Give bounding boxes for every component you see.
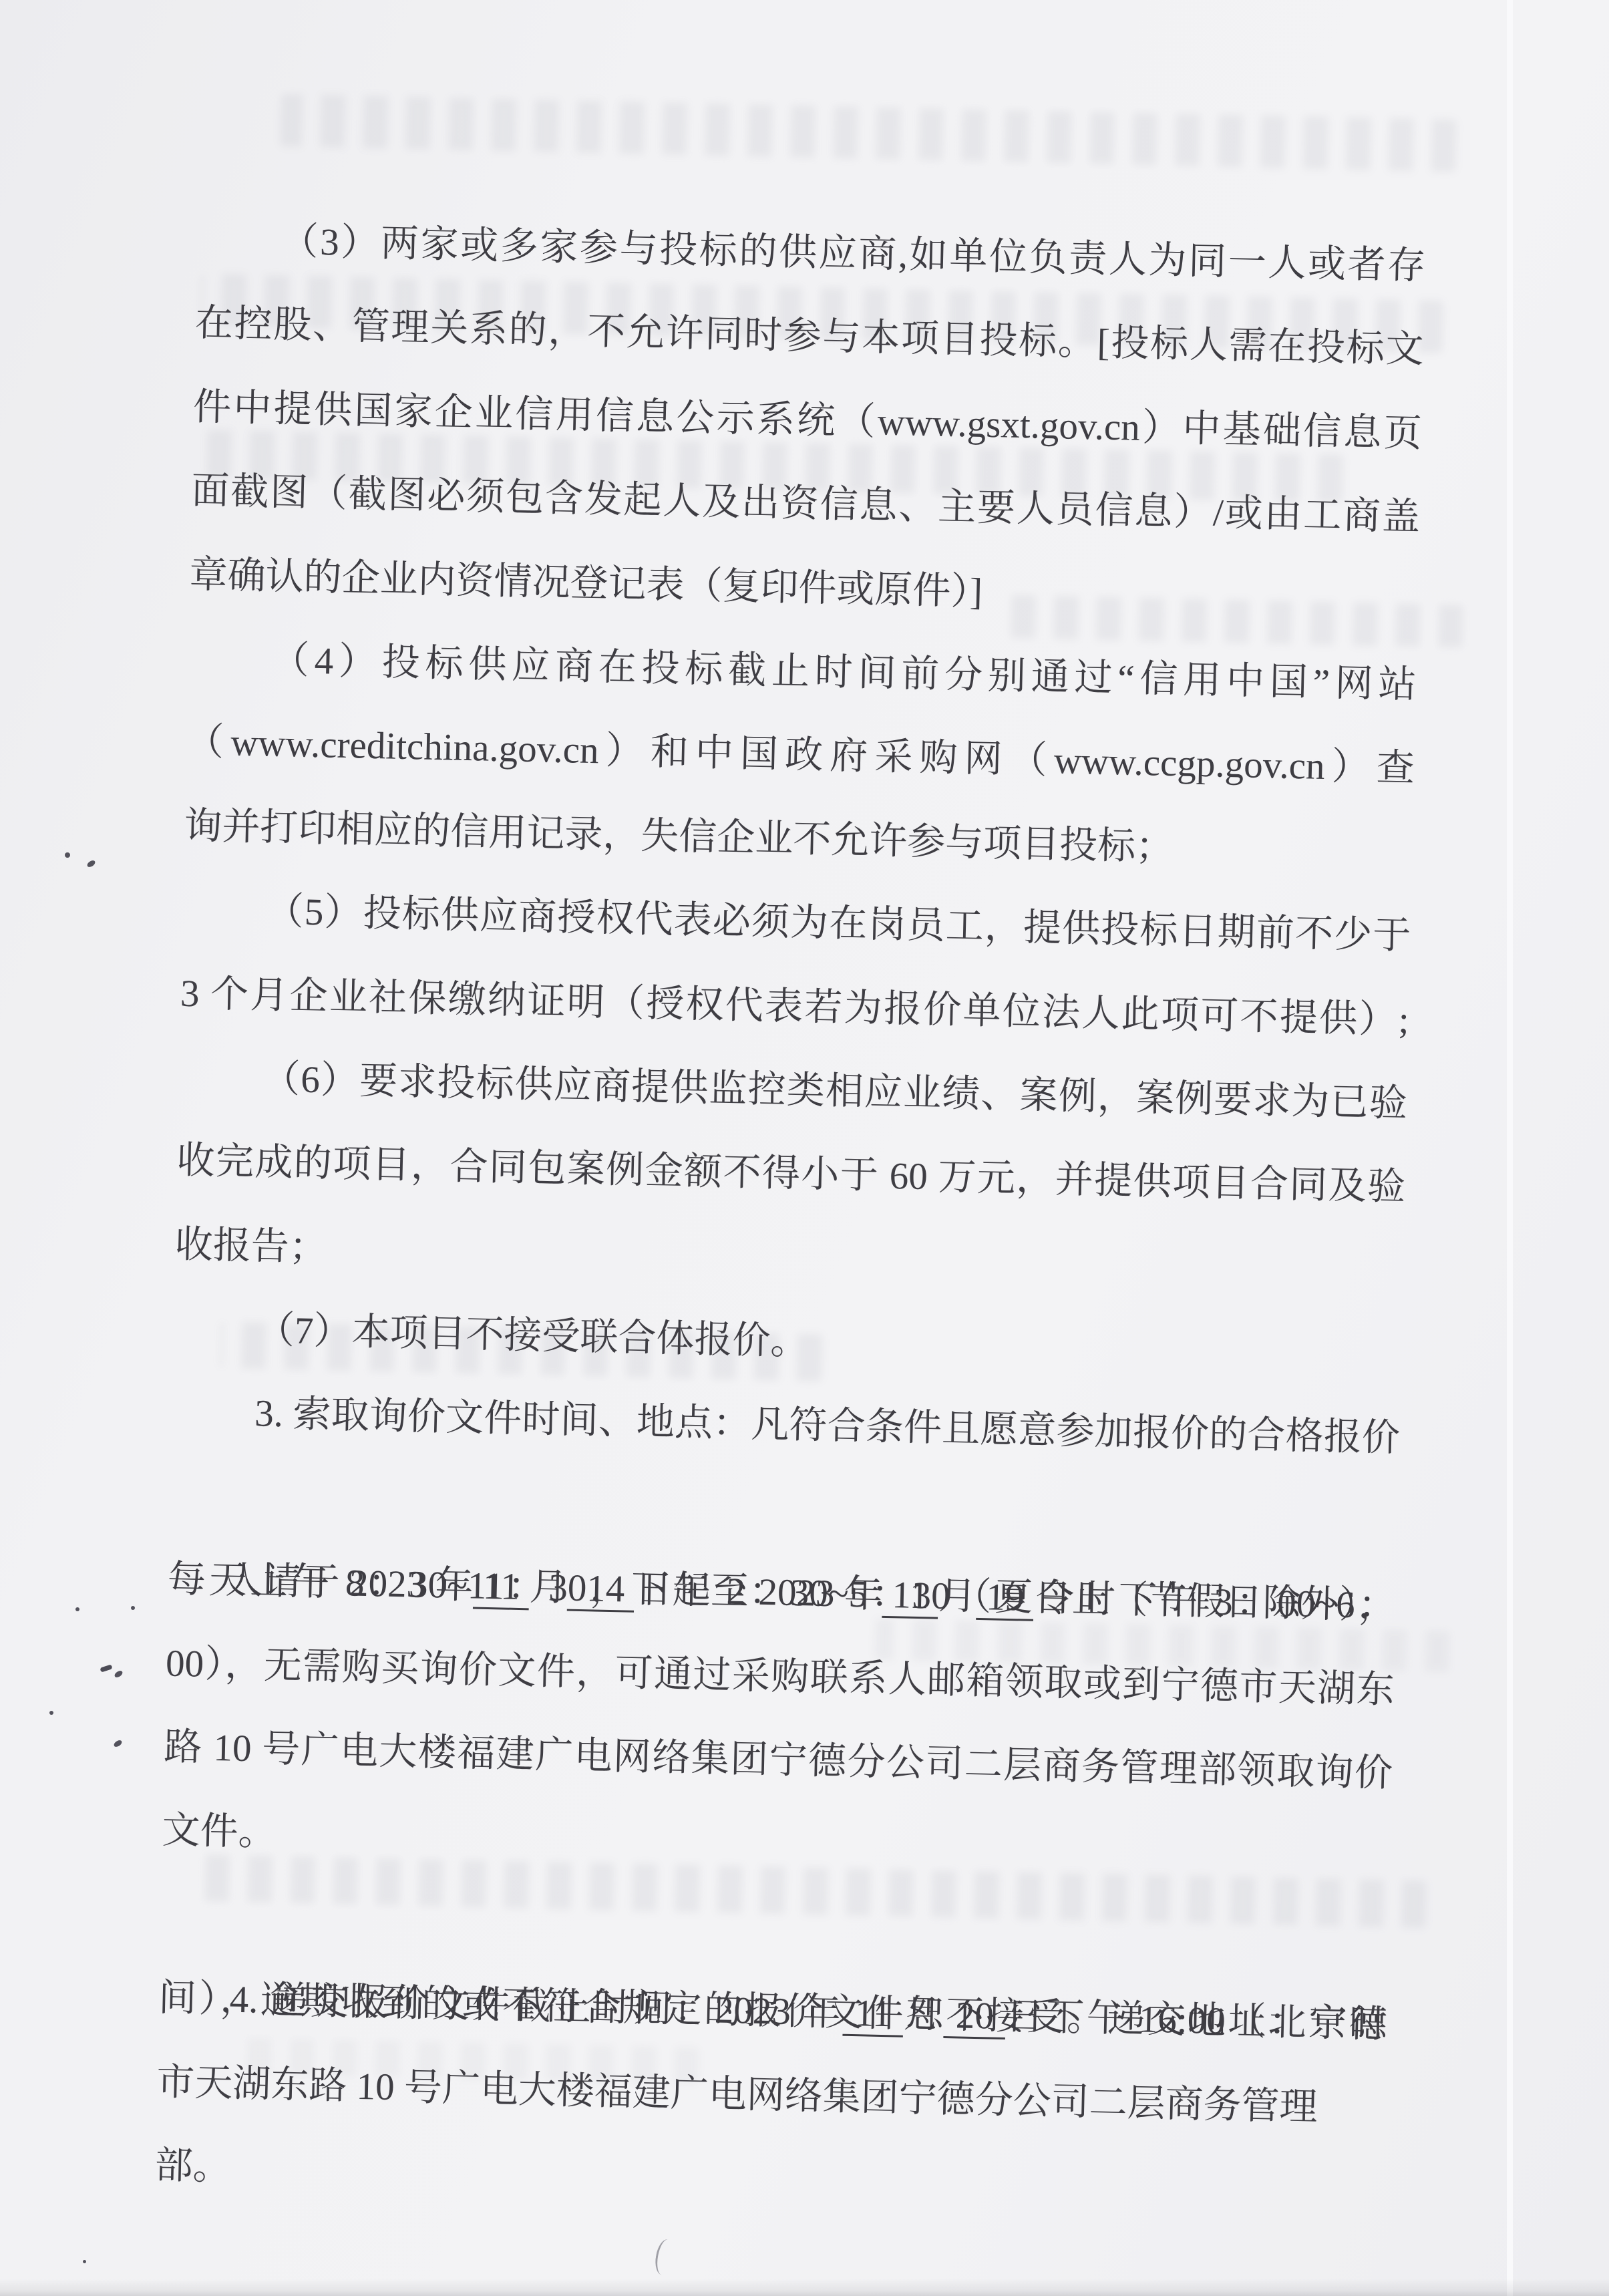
bleed-through-ghost: [280, 94, 1456, 172]
ink-speck: [131, 1606, 135, 1610]
ink-speck: [86, 860, 96, 868]
ink-speck: [65, 852, 70, 858]
ink-mark-curve: [653, 2238, 677, 2277]
ink-speck: [113, 1740, 123, 1748]
document-text: （3）两家或多家参与投标的供应商,如单位负责人为同一人或者存 在控股、管理关系的…: [156, 198, 1426, 2150]
scanner-light-streak: [1507, 0, 1513, 2296]
ink-speck: [49, 1711, 53, 1715]
ink-speck: [114, 1670, 124, 1679]
scan-edge-shadow: [0, 2279, 1609, 2296]
ink-speck: [100, 1664, 112, 1672]
scanned-page: （3）两家或多家参与投标的供应商,如单位负责人为同一人或者存 在控股、管理关系的…: [0, 0, 1609, 2296]
ink-speck: [75, 1607, 79, 1611]
ink-speck: [83, 2260, 86, 2263]
